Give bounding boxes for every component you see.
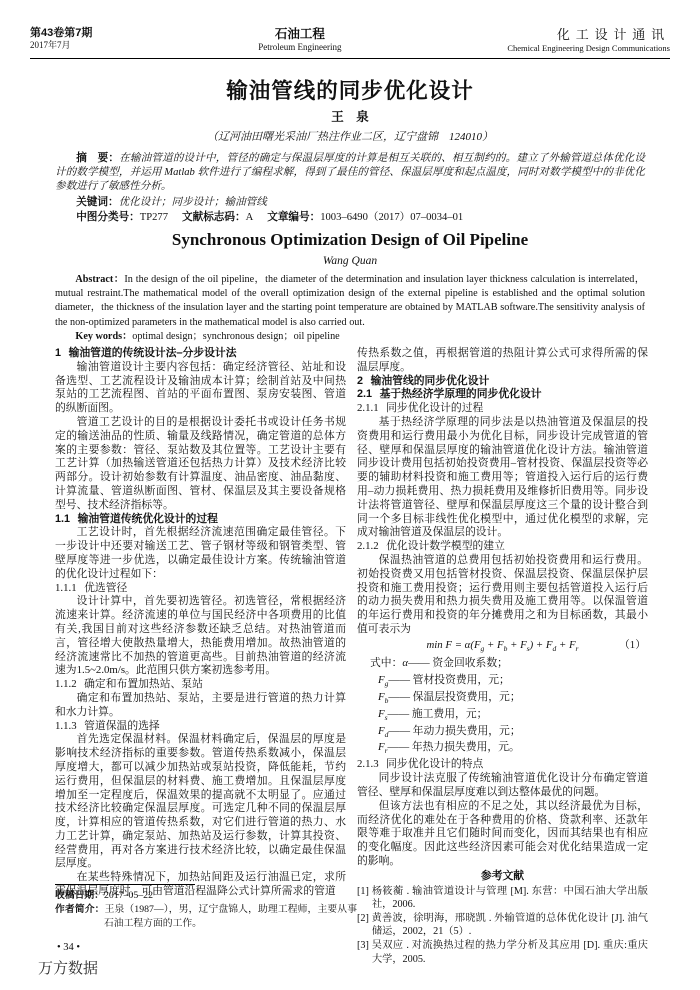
doc-code: A [246, 212, 254, 223]
header-divider [30, 58, 670, 59]
paragraph: 首先选定保温材料。保温材料确定后，保温层的厚度是影响技术经济指标的重要参数。管道… [55, 733, 346, 871]
keywords-cn-label: 关键词： [76, 196, 118, 208]
symbol: F [378, 725, 385, 737]
heading-text: 同步优化设计的特点 [386, 758, 483, 770]
issue-number: 第43卷第7期 [30, 27, 92, 40]
equation-part: + F [484, 639, 503, 651]
symbol: F [378, 741, 385, 753]
heading-text: 管道保温的选择 [84, 720, 160, 732]
heading-number: 1.1.1 [55, 582, 77, 594]
paragraph: 但该方法也有相应的不足之处，其以经济最优为目标，而经济优化的难处在于各种费用的价… [357, 800, 648, 869]
heading-number: 2.1 [357, 388, 372, 400]
abstract-en: Abstract：In the design of the oil pipeli… [55, 273, 645, 330]
symbol-description: —— 资金回收系数； [408, 657, 508, 669]
heading-1-1-2: 1.1.2确定和布置加热站、泵站 [55, 678, 346, 692]
heading-2: 2输油管线的同步优化设计 [357, 375, 648, 389]
heading-1-1-3: 1.1.3管道保温的选择 [55, 720, 346, 734]
reference-item: [2] 黄善波，徐明海，邢晓凯 . 外输管道的总体优化设计 [J]. 油气储运，… [357, 912, 648, 939]
author-bio-label: 作者简介： [55, 904, 105, 915]
author-bio-line: 作者简介：王泉（1987—），男，辽宁盘锦人，助理工程师，主要从事石油工程方面的… [55, 903, 357, 931]
equation-expression: min F = α(Fg + Fb + Fs) + Fd + Fr [427, 639, 579, 651]
equation-1: min F = α(Fg + Fb + Fs) + Fd + Fr （1） [357, 639, 648, 656]
equation-part: + F [507, 639, 526, 651]
clc-number: TP277 [140, 212, 168, 223]
keywords-en: optimal design；synchronous design；oil pi… [132, 331, 339, 342]
journal-name-en: Chemical Engineering Design Communicatio… [507, 43, 670, 53]
paragraph: 确定和布置加热站、泵站，主要是进行管道的热力计算和水力计算。 [55, 692, 346, 720]
keywords-cn: 优化设计；同步设计；输油管线 [119, 197, 267, 208]
heading-1-1: 1.1输油管道传统优化设计的过程 [55, 513, 346, 527]
abstract-en-label: Abstract： [75, 274, 124, 285]
keywords-en-line: Key words：optimal design；synchronous des… [55, 330, 645, 344]
journal-name-block: 化工设计通讯 Chemical Engineering Design Commu… [507, 27, 670, 53]
heading-text: 基于热经济学原理的同步优化设计 [380, 388, 542, 400]
heading-text: 优选管径 [84, 582, 127, 594]
paragraph: 基于热经济学原理的同步法是以热油管道及保温层的投资费用和运行费用最小为优化目标，… [357, 416, 648, 540]
journal-name-cn: 化工设计通讯 [507, 27, 670, 43]
page-number: • 34 • [57, 942, 80, 953]
equation-part: F = α(F [445, 639, 480, 651]
issue-block: 第43卷第7期 2017年7月 [30, 27, 92, 50]
wanfang-watermark: 万方数据 [38, 957, 98, 978]
body-column-right: 传热系数之值，再根据管道的热阻计算公式可求得所需的保温层厚度。 2输油管线的同步… [357, 347, 648, 966]
paragraph: 工艺设计时，首先根据经济流速范围确定最佳管径。下一步设计中还要对输送工艺、管子钢… [55, 526, 346, 581]
author-affiliation: （辽河油田曙光采油厂热注作业二区，辽宁盘锦 124010） [0, 128, 700, 144]
author-name-en: Wang Quan [0, 255, 700, 267]
keywords-en-label: Key words： [75, 331, 132, 342]
doc-code-label: 文献标志码： [182, 211, 246, 223]
article-title-cn: 输油管线的同步优化设计 [0, 74, 700, 105]
body-column-left: 1输油管道的传统设计法–分步设计法 输油管道设计主要内容包括：确定经济管径、站址… [55, 347, 346, 899]
heading-2-1-3: 2.1.3同步优化设计的特点 [357, 758, 648, 772]
symbol-description: —— 保温层投资费用，元； [388, 691, 520, 703]
equation-part: + F [556, 639, 575, 651]
column-title-cn: 石油工程 [258, 27, 341, 42]
paragraph: 同步设计法克服了传统输油管道优化设计分布确定管道管径、壁厚和保温层厚度难以到达整… [357, 772, 648, 800]
abstract-cn: 摘 要：在输油管道的设计中，管径的确定与保温层厚度的计算是相互关联的、相互制约的… [55, 151, 645, 195]
heading-text: 输油管道的传统设计法–分步设计法 [69, 347, 237, 359]
journal-header: 第43卷第7期 2017年7月 石油工程 Petroleum Engineeri… [30, 27, 670, 53]
formula-term: Fb—— 保温层投资费用，元； [357, 691, 648, 708]
symbol-description: —— 管材投资费用，元； [388, 674, 509, 686]
equation-part: ) + F [530, 639, 553, 651]
abstract-cn-label: 摘 要： [76, 152, 119, 164]
heading-number: 1.1 [55, 513, 70, 525]
heading-text: 输油管线的同步优化设计 [371, 375, 490, 387]
heading-number: 2.1.1 [357, 402, 379, 414]
abstract-cn-block: 摘 要：在输油管道的设计中，管径的确定与保温层厚度的计算是相互关联的、相互制约的… [55, 151, 645, 225]
formula-term: Fs—— 施工费用，元； [357, 708, 648, 725]
formula-term: 式中：α—— 资金回收系数； [357, 657, 648, 674]
symbol: F [378, 691, 385, 703]
equation-operator: min [427, 639, 446, 651]
paragraph: 管道工艺设计的目的是根据设计委托书或设计任务书规定的输送油品的性质、输量及线路情… [55, 416, 346, 513]
heading-number: 2.1.3 [357, 758, 379, 770]
article-id: 1003–6490（2017）07–0034–01 [320, 212, 463, 223]
column-title-en: Petroleum Engineering [258, 42, 341, 53]
abstract-en-block: Abstract：In the design of the oil pipeli… [55, 273, 645, 344]
heading-2-1-2: 2.1.2优化设计数学模型的建立 [357, 540, 648, 554]
heading-number: 1.1.2 [55, 678, 77, 690]
heading-2-1-1: 2.1.1同步优化设计的过程 [357, 402, 648, 416]
received-date-line: 收稿日期：2017–05–22 [55, 889, 357, 903]
symbol: F [378, 674, 385, 686]
symbol-description: —— 年热力损失费用，元。 [388, 741, 520, 753]
symbol: F [378, 708, 385, 720]
references-heading: 参考文献 [357, 870, 648, 884]
article-title-en: Synchronous Optimization Design of Oil P… [0, 230, 700, 250]
footnote-block: 收稿日期：2017–05–22 作者简介：王泉（1987—），男，辽宁盘锦人，助… [55, 884, 357, 930]
author-name-cn: 王 泉 [0, 107, 700, 125]
received-date-label: 收稿日期： [55, 890, 104, 901]
heading-1: 1输油管道的传统设计法–分步设计法 [55, 347, 346, 361]
issue-date: 2017年7月 [30, 40, 92, 50]
abstract-en-text: In the design of the oil pipeline，the di… [55, 274, 645, 328]
reference-item: [1] 杨筱蘅 . 输油管道设计与管理 [M]. 东营：中国石油大学出版社，20… [357, 885, 648, 912]
reference-item: [3] 吴双应 . 对流换热过程的热力学分析及其应用 [D]. 重庆:重庆大学，… [357, 939, 648, 966]
heading-text: 输油管道传统优化设计的过程 [78, 513, 218, 525]
heading-number: 2.1.2 [357, 540, 379, 552]
paragraph: 设计计算中，首先要初选管径。初选管径，常根据经济流速来计算。经济流速的单位与国民… [55, 595, 346, 678]
heading-number: 2 [357, 375, 363, 387]
heading-text: 确定和布置加热站、泵站 [84, 678, 203, 690]
heading-text: 优化设计数学模型的建立 [386, 540, 505, 552]
heading-2-1: 2.1基于热经济学原理的同步优化设计 [357, 388, 648, 402]
paragraph: 保温热油管道的总费用包括初始投资费用和运行费用。初始投资费又用包括管材投资、保温… [357, 554, 648, 637]
classification-line: 中图分类号：TP277文献标志码：A文章编号：1003–6490（2017）07… [55, 210, 645, 225]
equation-number: （1） [619, 639, 646, 653]
footnote-divider [55, 884, 195, 885]
symbol-description: —— 施工费用，元； [388, 708, 488, 720]
where-prefix: 式中： [370, 657, 402, 669]
heading-1-1-1: 1.1.1优选管径 [55, 582, 346, 596]
formula-term: Fd—— 年动力损失费用，元； [357, 725, 648, 742]
abstract-cn-text: 在输油管道的设计中，管径的确定与保温层厚度的计算是相互关联的、相互制约的。建立了… [55, 153, 645, 192]
article-id-label: 文章编号： [267, 211, 320, 223]
clc-label: 中图分类号： [76, 211, 140, 223]
symbol-description: —— 年动力损失费用，元； [388, 725, 520, 737]
equation-subscript: r [576, 644, 579, 653]
paragraph: 输油管道设计主要内容包括：确定经济管径、站址和设备选型、工艺流程设计及输油成本计… [55, 361, 346, 416]
column-title-block: 石油工程 Petroleum Engineering [258, 27, 341, 53]
keywords-cn-line: 关键词：优化设计；同步设计；输油管线 [55, 195, 645, 210]
heading-number: 1 [55, 347, 61, 359]
formula-term: Fr—— 年热力损失费用，元。 [357, 741, 648, 758]
heading-text: 同步优化设计的过程 [386, 402, 483, 414]
heading-number: 1.1.3 [55, 720, 77, 732]
received-date: 2017–05–22 [104, 890, 153, 901]
author-bio: 王泉（1987—），男，辽宁盘锦人，助理工程师，主要从事石油工程方面的工作。 [104, 904, 357, 929]
formula-term: Fg—— 管材投资费用，元； [357, 674, 648, 691]
paragraph-continued: 传热系数之值，再根据管道的热阻计算公式可求得所需的保温层厚度。 [357, 347, 648, 375]
